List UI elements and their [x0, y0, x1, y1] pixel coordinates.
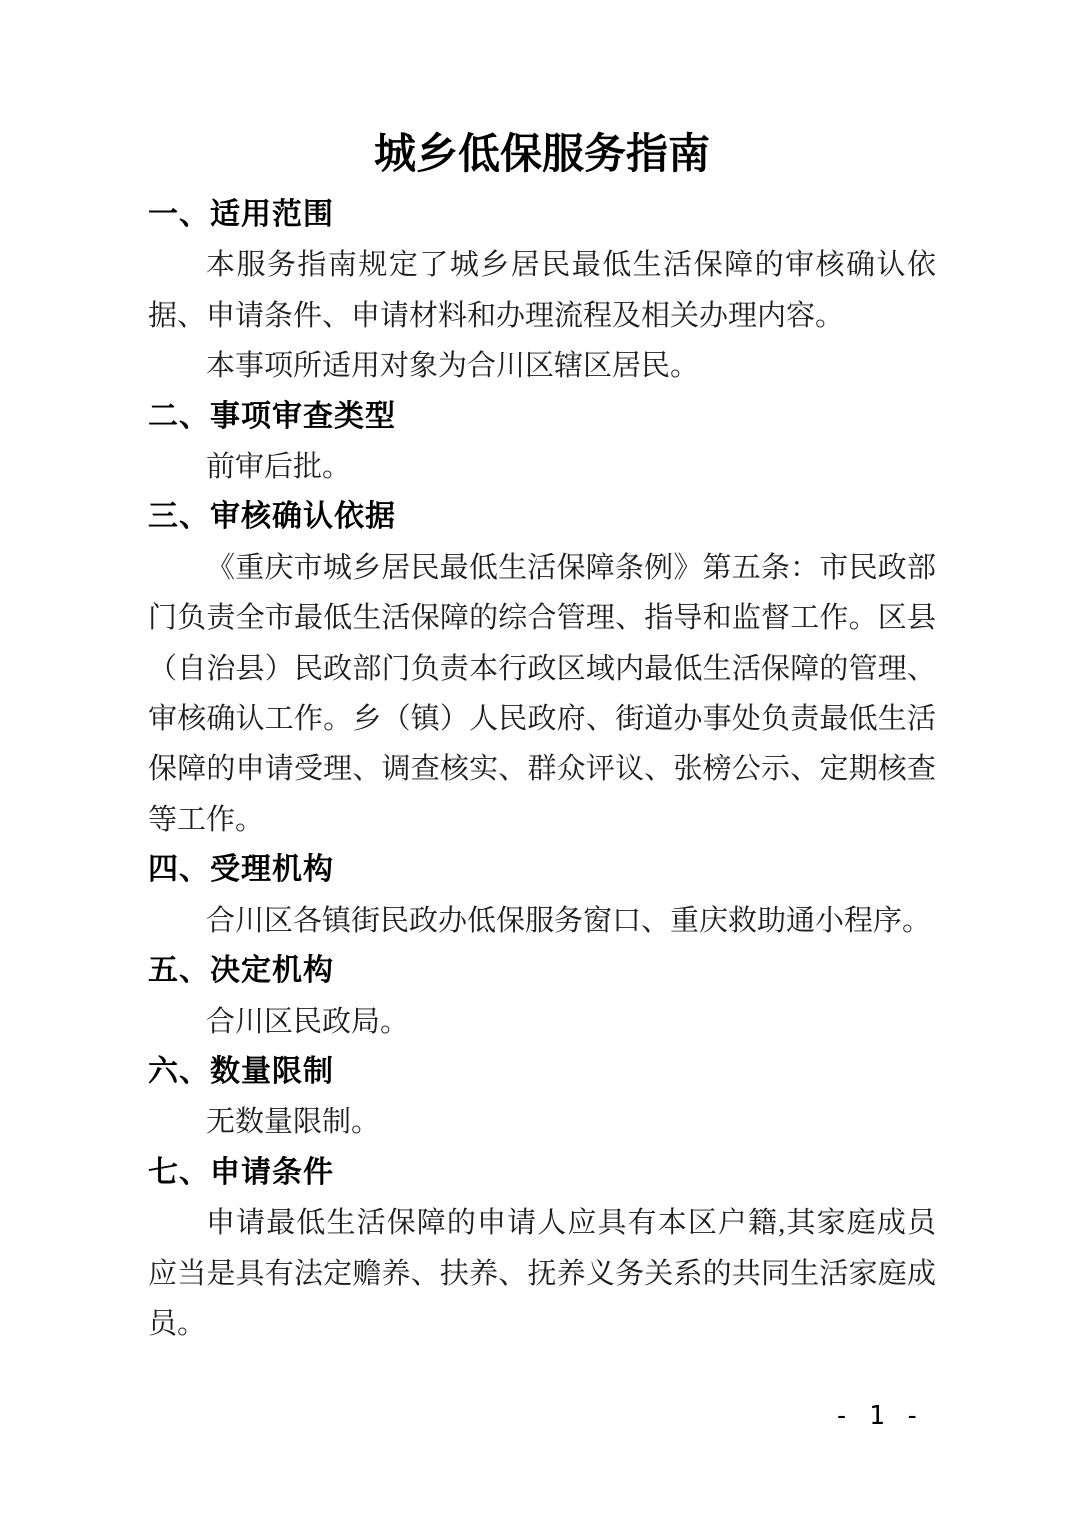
section-heading: 四、受理机构 — [148, 845, 936, 895]
section-heading: 七、申请条件 — [148, 1148, 936, 1198]
section-heading: 三、审核确认依据 — [148, 492, 936, 542]
page-number: - 1 - — [834, 1400, 922, 1432]
document-body: 城乡低保服务指南 一、适用范围本服务指南规定了城乡居民最低生活保障的审核确认依据… — [148, 126, 936, 1349]
paragraph: 本服务指南规定了城乡居民最低生活保障的审核确认依据、申请条件、申请材料和办理流程… — [148, 240, 936, 341]
section-heading: 一、适用范围 — [148, 190, 936, 240]
paragraph: 无数量限制。 — [148, 1097, 936, 1147]
paragraph: 合川区民政局。 — [148, 997, 936, 1047]
document-title: 城乡低保服务指南 — [148, 126, 936, 184]
paragraph: 《重庆市城乡居民最低生活保障条例》第五条：市民政部门负责全市最低生活保障的综合管… — [148, 543, 936, 845]
document-sections: 一、适用范围本服务指南规定了城乡居民最低生活保障的审核确认依据、申请条件、申请材… — [148, 190, 936, 1349]
paragraph: 本事项所适用对象为合川区辖区居民。 — [148, 341, 936, 391]
paragraph: 合川区各镇街民政办低保服务窗口、重庆救助通小程序。 — [148, 896, 936, 946]
paragraph: 前审后批。 — [148, 442, 936, 492]
document-page: 城乡低保服务指南 一、适用范围本服务指南规定了城乡居民最低生活保障的审核确认依据… — [0, 0, 1074, 1520]
paragraph: 申请最低生活保障的申请人应具有本区户籍,其家庭成员应当是具有法定赡养、扶养、抚养… — [148, 1198, 936, 1349]
section-heading: 六、数量限制 — [148, 1047, 936, 1097]
section-heading: 五、决定机构 — [148, 946, 936, 996]
section-heading: 二、事项审查类型 — [148, 392, 936, 442]
